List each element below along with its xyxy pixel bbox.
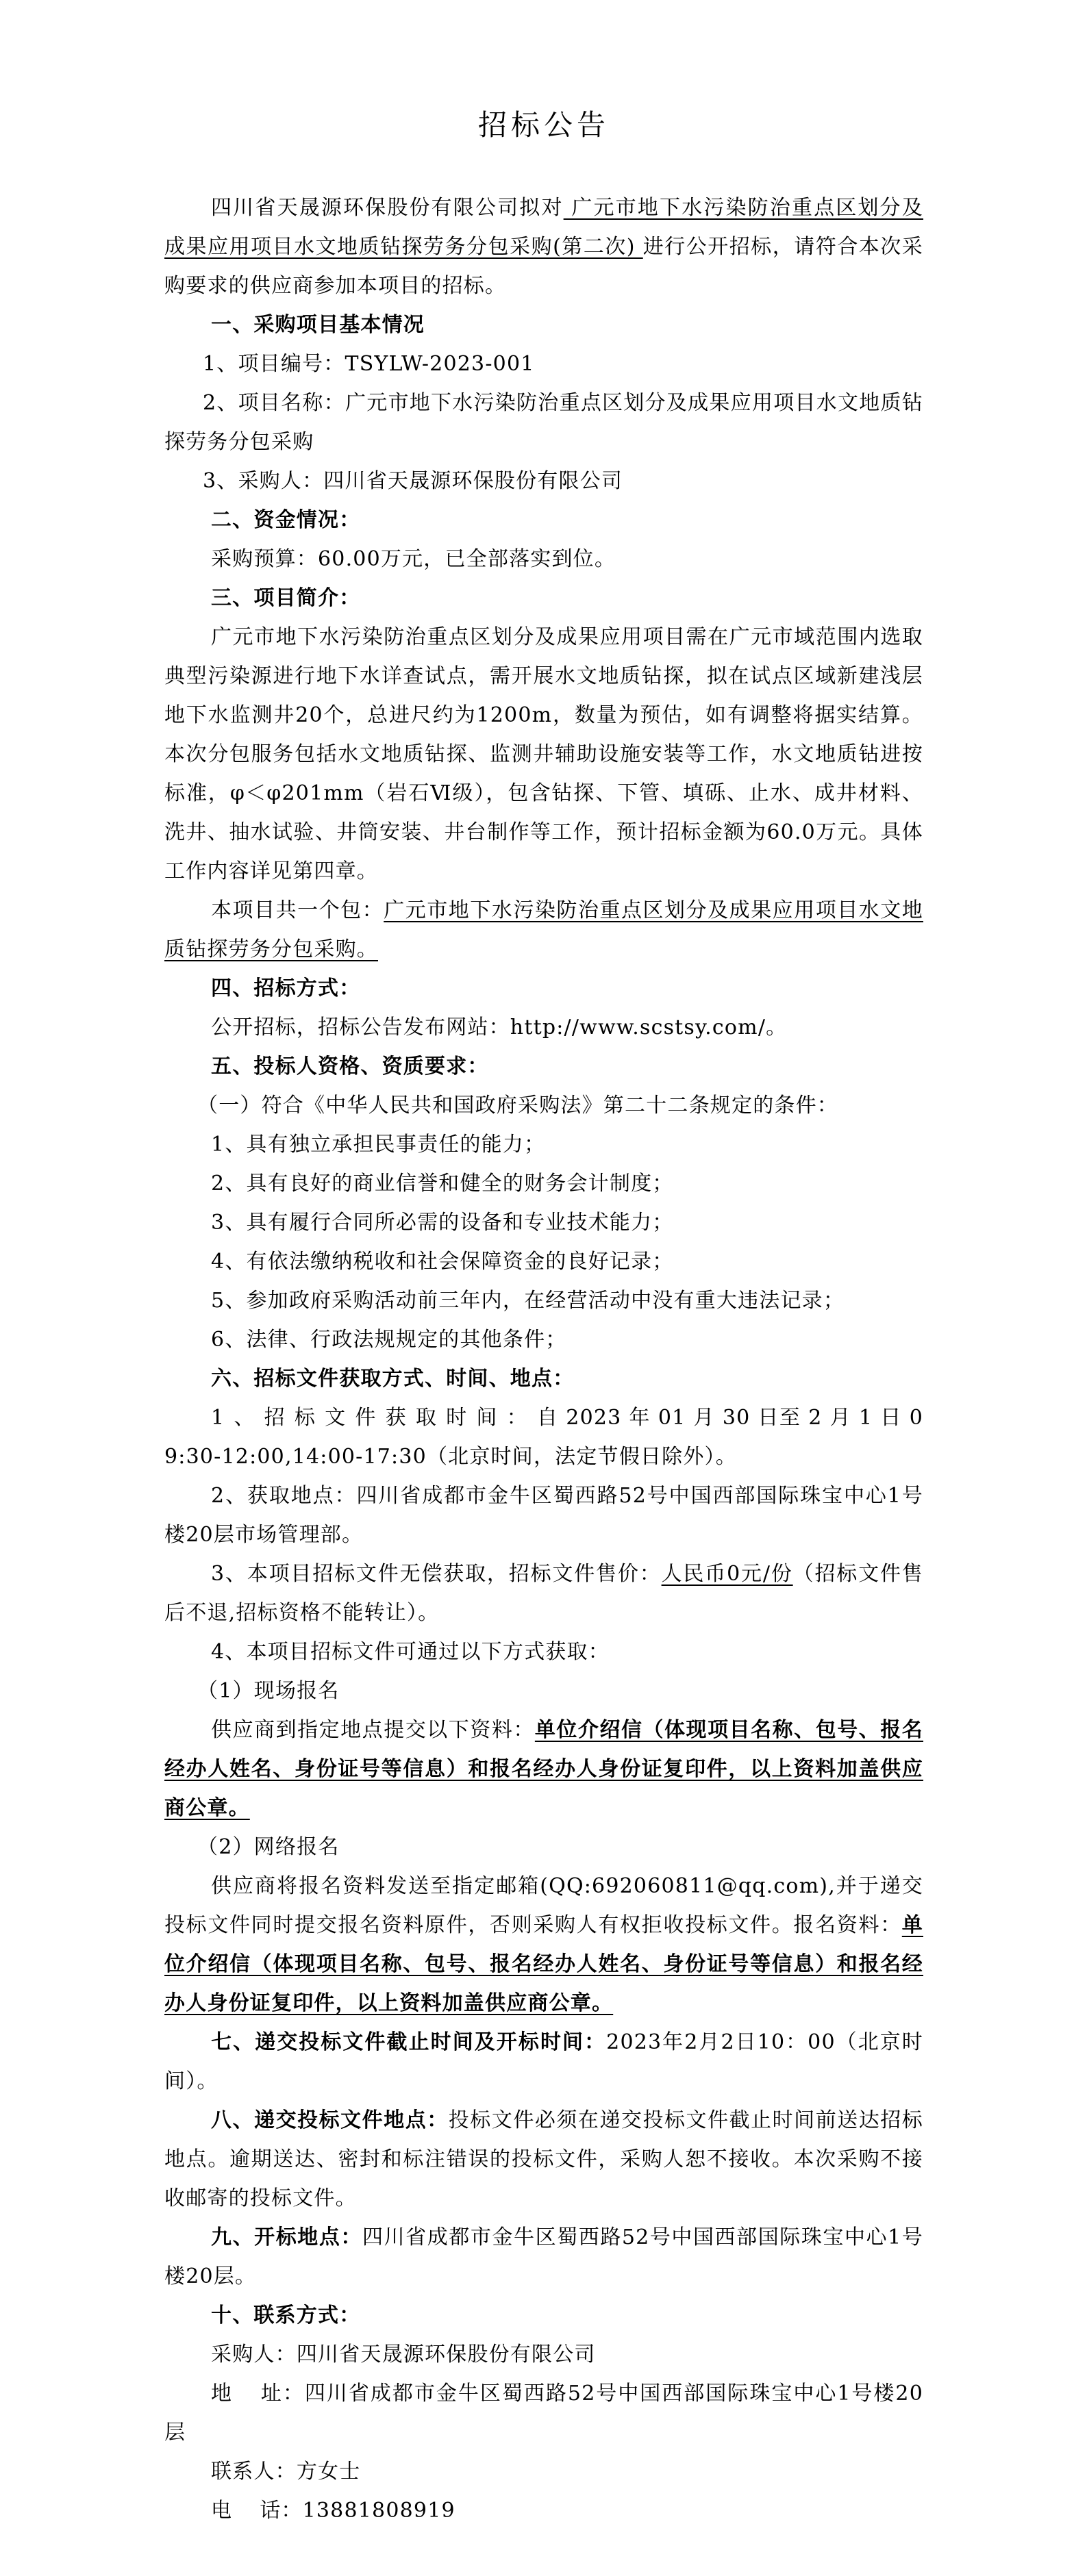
contact-purchaser-value: 四川省天晟源环保股份有限公司 (297, 2343, 596, 2366)
section-heading-tender-method: 四、招标方式： (164, 969, 923, 1008)
package-prefix: 本项目共一个包： (211, 898, 384, 922)
acquisition-place: 2、获取地点：四川省成都市金牛区蜀西路52号中国西部国际珠宝中心1号楼20层市场… (164, 1476, 923, 1554)
contact-purchaser-label: 采购人： (211, 2343, 297, 2366)
onsite-registration-heading: （1）现场报名 (164, 1671, 923, 1710)
project-name-row: 2、项目名称：广元市地下水污染防治重点区划分及成果应用项目水文地质钻探劳务分包采… (164, 383, 923, 462)
package-paragraph: 本项目共一个包：广元市地下水污染防治重点区划分及成果应用项目水文地质钻探劳务分包… (164, 891, 923, 969)
deadline-paragraph: 七、递交投标文件截止时间及开标时间：2023年2月2日10：00（北京时间）。 (164, 2023, 923, 2101)
tender-method-text: 公开招标，招标公告发布网站：http://www.scstsy.com/。 (164, 1008, 923, 1047)
tender-announcement-document: 招标公告 四川省天晟源环保股份有限公司拟对 广元市地下水污染防治重点区划分及成果… (164, 0, 923, 2530)
project-number-row: 1、项目编号：TSYLW-2023-001 (164, 344, 923, 383)
project-number-value: TSYLW-2023-001 (345, 352, 535, 376)
intro-paragraph: 四川省天晟源环保股份有限公司拟对 广元市地下水污染防治重点区划分及成果应用项目水… (164, 188, 923, 305)
contact-purchaser-row: 采购人：四川省天晟源环保股份有限公司 (164, 2335, 923, 2374)
fee-underlined: 人民币0元/份 (662, 1562, 793, 1586)
online-registration-heading: （2）网络报名 (164, 1828, 923, 1867)
condition-item: 4、有依法缴纳税收和社会保障资金的良好记录； (164, 1242, 923, 1281)
contact-person-value: 方女士 (297, 2460, 361, 2484)
condition-item: 2、具有良好的商业信誉和健全的财务会计制度； (164, 1164, 923, 1203)
phone-label-part2: 话： (260, 2499, 302, 2523)
section-heading-basic-info: 一、采购项目基本情况 (164, 305, 923, 344)
contact-address-row: 地址：四川省成都市金牛区蜀西路52号中国西部国际珠宝中心1号楼20层 (164, 2374, 923, 2452)
project-description: 广元市地下水污染防治重点区划分及成果应用项目需在广元市域范围内选取典型污染源进行… (164, 618, 923, 891)
contact-person-label: 联系人： (211, 2460, 297, 2484)
submission-location-paragraph: 八、递交投标文件地点：投标文件必须在递交投标文件截止时间前送达招标地点。逾期送达… (164, 2101, 923, 2218)
online-registration-text: 供应商将报名资料发送至指定邮箱(QQ:692060811@qq.com),并于递… (164, 1867, 923, 2023)
phone-label-part1: 电 (211, 2499, 232, 2523)
address-label-part1: 地 (211, 2382, 233, 2405)
project-name-label: 2、项目名称： (203, 391, 345, 415)
document-fee-paragraph: 3、本项目招标文件无偿获取，招标文件售价：人民币0元/份（招标文件售后不退,招标… (164, 1554, 923, 1632)
section-heading-funding: 二、资金情况： (164, 501, 923, 540)
condition-item: 3、具有履行合同所必需的设备和专业技术能力； (164, 1203, 923, 1242)
section-heading-document-acquisition: 六、招标文件获取方式、时间、地点： (164, 1359, 923, 1398)
section-heading-contact: 十、联系方式： (164, 2296, 923, 2335)
phone-value: 13881808919 (303, 2499, 455, 2523)
address-label-part2: 址： (260, 2382, 305, 2405)
condition-item: 6、法律、行政法规规定的其他条件； (164, 1320, 923, 1359)
condition-item: 5、参加政府采购活动前三年内，在经营活动中没有重大违法记录； (164, 1281, 923, 1320)
qualification-sub-heading: （一）符合《中华人民共和国政府采购法》第二十二条规定的条件： (164, 1086, 923, 1125)
purchaser-label: 3、采购人： (203, 469, 323, 493)
purchaser-row: 3、采购人：四川省天晟源环保股份有限公司 (164, 462, 923, 501)
page-title: 招标公告 (164, 0, 923, 188)
section-heading-submission-location: 八、递交投标文件地点： (211, 2108, 449, 2132)
section-heading-qualifications: 五、投标人资格、资质要求： (164, 1047, 923, 1086)
fee-prefix: 3、本项目招标文件无偿获取，招标文件售价： (211, 1562, 662, 1586)
onsite-prefix: 供应商到指定地点提交以下资料： (211, 1718, 535, 1742)
intro-prefix: 四川省天晟源环保股份有限公司拟对 (211, 196, 564, 220)
onsite-registration-text: 供应商到指定地点提交以下资料：单位介绍信（体现项目名称、包号、报名经办人姓名、身… (164, 1710, 923, 1828)
purchaser-value: 四川省天晟源环保股份有限公司 (323, 469, 623, 493)
project-number-label: 1、项目编号： (203, 352, 345, 376)
acquisition-methods-intro: 4、本项目招标文件可通过以下方式获取： (164, 1632, 923, 1671)
online-prefix: 供应商将报名资料发送至指定邮箱(QQ:692060811@qq.com),并于递… (164, 1874, 923, 1937)
section-heading-deadline: 七、递交投标文件截止时间及开标时间： (211, 2030, 606, 2054)
contact-person-row: 联系人：方女士 (164, 2452, 923, 2491)
condition-item: 1、具有独立承担民事责任的能力； (164, 1125, 923, 1164)
section-heading-opening-location: 九、开标地点： (211, 2225, 362, 2249)
opening-location-paragraph: 九、开标地点：四川省成都市金牛区蜀西路52号中国西部国际珠宝中心1号楼20层。 (164, 2218, 923, 2296)
section-heading-project-intro: 三、项目简介： (164, 579, 923, 618)
contact-phone-row: 电话：13881808919 (164, 2491, 923, 2530)
acquisition-time-label: 1、招标文件获取时间： (211, 1406, 537, 1430)
budget-text: 采购预算：60.00万元，已全部落实到位。 (164, 540, 923, 579)
acquisition-time-paragraph: 1、招标文件获取时间：自 2023 年 01 月 30 日至 2 月 1 日 0… (164, 1398, 923, 1476)
